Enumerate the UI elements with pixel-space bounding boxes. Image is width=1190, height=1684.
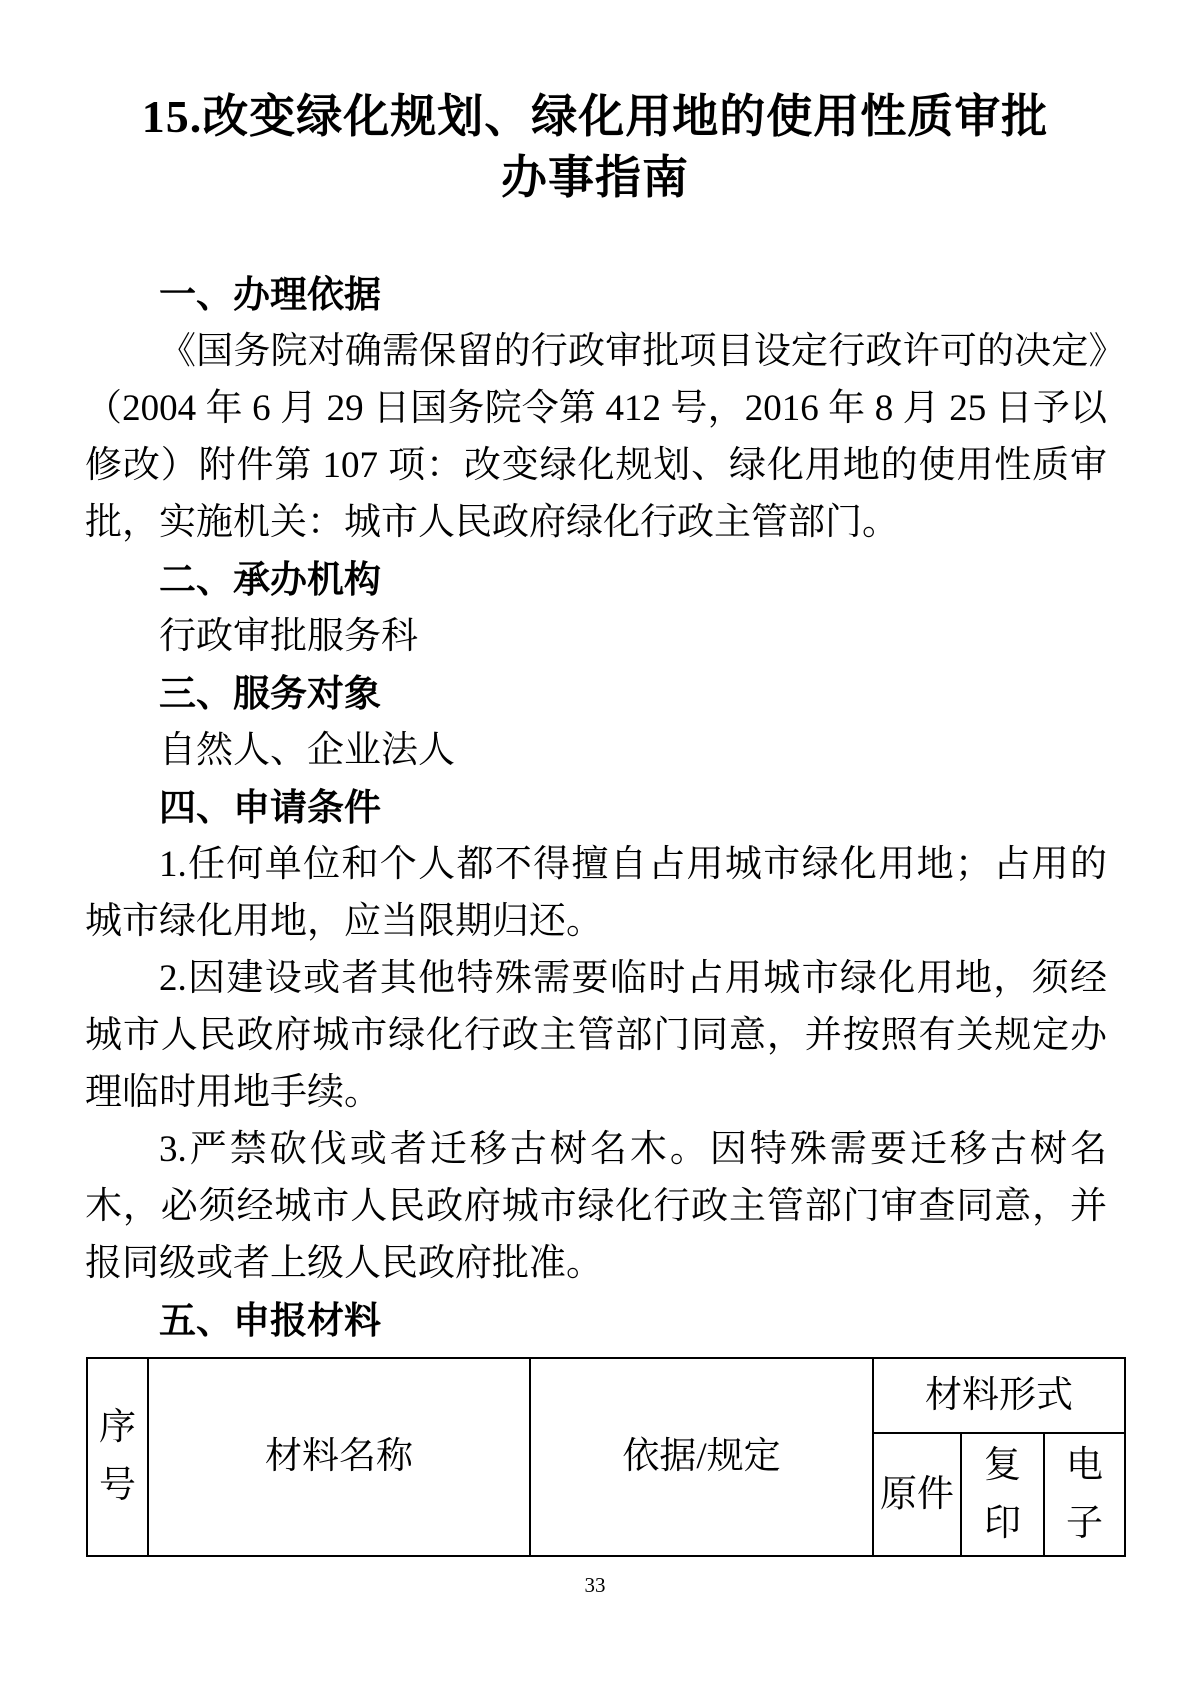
table-header-electronic: 电子 [1044,1433,1125,1556]
document-title: 15.改变绿化规划、绿化用地的使用性质审批 办事指南 [60,86,1130,208]
document-page: 15.改变绿化规划、绿化用地的使用性质审批 办事指南 一、办理依据 《国务院对确… [0,0,1190,1684]
table-header-electronic-label: 电子 [1065,1437,1105,1553]
paragraph-condition-1: 1.任何单位和个人都不得擅自占用城市绿化用地；占用的城市绿化用地，应当限期归还。 [85,836,1107,950]
table-header-copy: 复印 [961,1433,1044,1556]
section-heading-agency: 二、承办机构 [159,551,1107,608]
table-header-copy-label: 复印 [983,1437,1023,1553]
title-line-1: 15.改变绿化规划、绿化用地的使用性质审批 [60,86,1130,147]
page-number: 33 [0,1571,1190,1599]
section-heading-audience: 三、服务对象 [159,665,1107,722]
table-header-form: 材料形式 [873,1358,1125,1433]
table-header-index: 序号 [87,1358,148,1556]
table-header-basis: 依据/规定 [530,1358,873,1556]
paragraph-basis: 《国务院对确需保留的行政审批项目设定行政许可的决定》（2004 年 6 月 29… [85,323,1107,551]
paragraph-agency: 行政审批服务科 [85,608,1107,665]
paragraph-audience: 自然人、企业法人 [85,722,1107,779]
section-heading-conditions: 四、申请条件 [159,779,1107,836]
table-header-name: 材料名称 [148,1358,530,1556]
title-line-2: 办事指南 [60,147,1130,208]
document-body: 一、办理依据 《国务院对确需保留的行政审批项目设定行政许可的决定》（2004 年… [85,266,1107,1557]
section-heading-materials: 五、申报材料 [159,1292,1107,1349]
section-heading-basis: 一、办理依据 [159,266,1107,323]
table-header-index-label: 序号 [98,1399,138,1515]
materials-table: 序号 材料名称 依据/规定 材料形式 原件 复印 电子 [86,1357,1126,1557]
paragraph-condition-2: 2.因建设或者其他特殊需要临时占用城市绿化用地，须经城市人民政府城市绿化行政主管… [85,950,1107,1121]
table-header-original: 原件 [873,1433,961,1556]
paragraph-condition-3: 3.严禁砍伐或者迁移古树名木。因特殊需要迁移古树名木，必须经城市人民政府城市绿化… [85,1121,1107,1292]
